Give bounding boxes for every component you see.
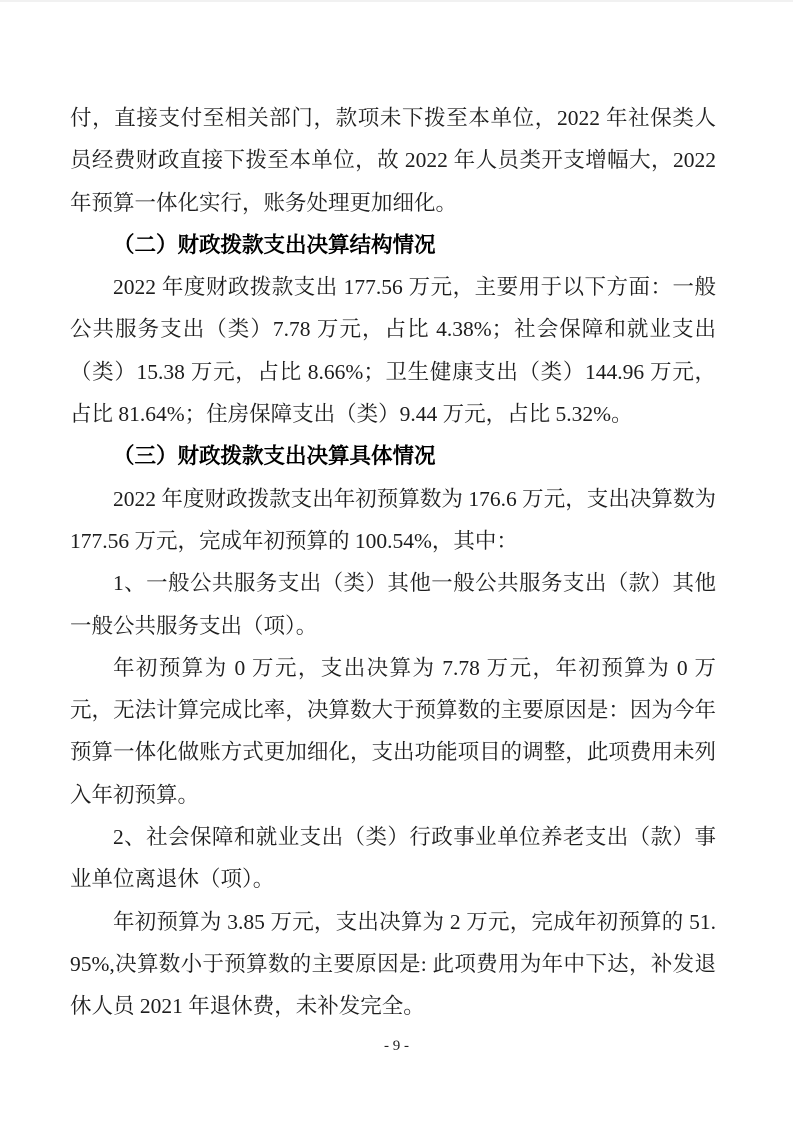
section-heading: （三）财政拨款支出决算具体情况	[70, 435, 716, 477]
section-heading: （二）财政拨款支出决算结构情况	[70, 224, 716, 266]
paragraph: 1、一般公共服务支出（类）其他一般公共服务支出（款）其他一般公共服务支出（项）。	[70, 562, 716, 647]
paragraph: 2022 年度财政拨款支出年初预算数为 176.6 万元，支出决算数为 177.…	[70, 478, 716, 563]
document-body: 付，直接支付至相关部门，款项未下拨至本单位，2022 年社保类人员经费财政直接下…	[70, 97, 716, 1028]
page-number: - 9 -	[0, 1035, 793, 1057]
paragraph: 付，直接支付至相关部门，款项未下拨至本单位，2022 年社保类人员经费财政直接下…	[70, 97, 716, 224]
document-page: 付，直接支付至相关部门，款项未下拨至本单位，2022 年社保类人员经费财政直接下…	[0, 0, 793, 1122]
paragraph: 2、社会保障和就业支出（类）行政事业单位养老支出（款）事业单位离退休（项）。	[70, 816, 716, 901]
paragraph: 2022 年度财政拨款支出 177.56 万元，主要用于以下方面：一般公共服务支…	[70, 266, 716, 435]
paragraph: 年初预算为 3.85 万元，支出决算为 2 万元，完成年初预算的 51.95%,…	[70, 901, 716, 1028]
paragraph: 年初预算为 0 万元，支出决算为 7.78 万元，年初预算为 0 万元，无法计算…	[70, 647, 716, 816]
